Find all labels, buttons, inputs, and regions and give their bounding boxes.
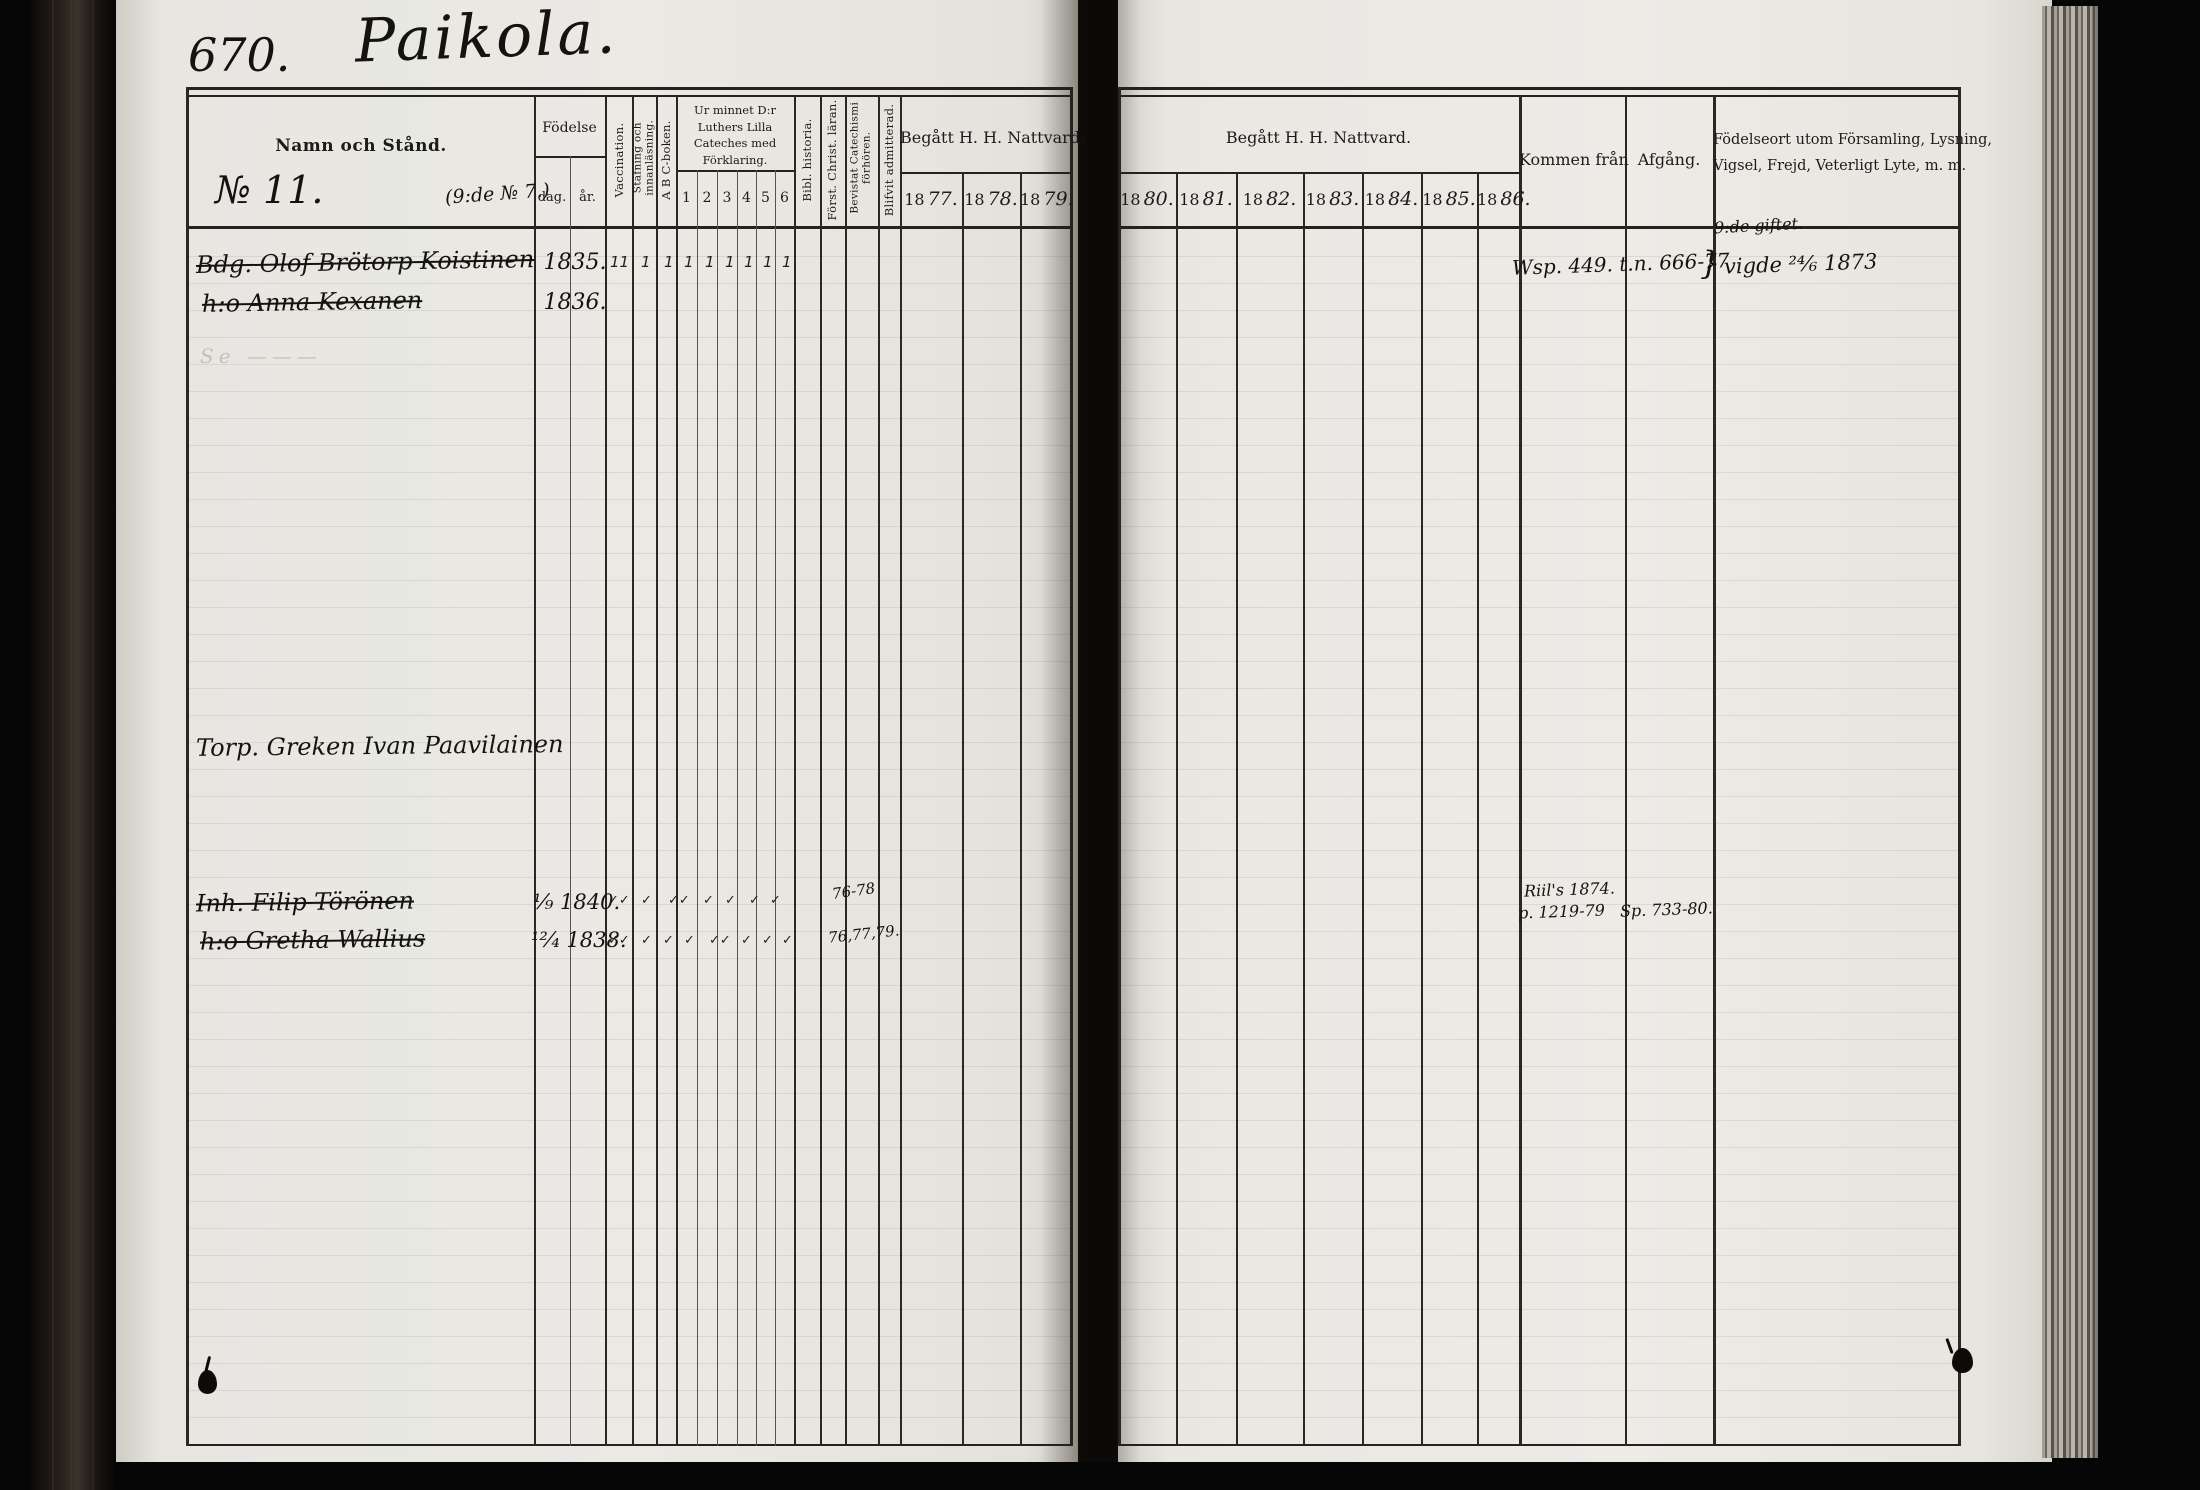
table-rule	[1118, 1444, 1961, 1446]
mark: ✓	[703, 893, 714, 908]
table-rule	[186, 1444, 1073, 1446]
mark: ✓✓	[608, 893, 630, 908]
table-rule	[1713, 95, 1716, 1446]
page-title-script: Paikola.	[354, 0, 619, 77]
mark: ✓	[663, 933, 674, 948]
table-rule	[1118, 87, 1961, 90]
column-header-name: Namn och Stånd.	[236, 136, 486, 156]
entry-name: h:o Gretha Wallius	[200, 924, 426, 955]
mark: ✓✓	[709, 933, 731, 948]
table-rule	[186, 87, 189, 1446]
table-rule	[1519, 95, 1522, 1446]
book-gutter-shadow	[1040, 0, 1140, 1462]
entry-faint-note: Se ———	[200, 344, 322, 368]
annotation-afgang-ref: Sp. 733-80.	[1620, 898, 1713, 920]
entry-birth-year: 1835.	[540, 250, 610, 275]
table-rule	[1020, 172, 1022, 1446]
mark: 1	[725, 253, 735, 271]
table-rule	[186, 226, 1073, 229]
mark: 1	[763, 253, 773, 271]
ruled-lines-left	[188, 230, 1070, 1444]
table-rule	[1303, 172, 1305, 1446]
column-header-forst-christ-laran: Först. Christ. läran.	[825, 95, 839, 225]
table-rule	[1118, 95, 1961, 97]
mark: ✓	[782, 933, 793, 948]
mark: 1	[684, 253, 694, 271]
table-rule	[962, 172, 964, 1446]
column-header-bevistat-catechismi: Bevistat Catechismi förhören.	[849, 93, 873, 223]
mark: 1	[782, 253, 792, 271]
table-rule	[534, 95, 536, 1446]
table-rule	[775, 170, 776, 1446]
entry-name: Inh. Filip Törönen	[196, 886, 414, 917]
mark: 1	[641, 253, 651, 271]
mark: ✓	[725, 893, 736, 908]
spine-streak	[92, 0, 94, 1490]
mark: 11	[610, 253, 629, 271]
spine-streak	[52, 0, 54, 1490]
year-1877: 1877.	[900, 188, 962, 210]
cateches-col-3: 3	[717, 190, 737, 206]
mark: ✓	[641, 933, 652, 948]
table-rule	[1421, 172, 1423, 1446]
ink-blob	[198, 1370, 217, 1394]
table-rule	[186, 95, 1073, 97]
table-rule	[656, 95, 658, 1446]
year-1883: 1883.	[1303, 188, 1362, 210]
cateches-col-4: 4	[737, 190, 756, 206]
table-rule	[717, 170, 718, 1446]
page-edges-stack	[2042, 6, 2098, 1458]
table-rule	[1362, 172, 1364, 1446]
cateches-col-1: 1	[676, 190, 697, 206]
table-rule	[900, 95, 902, 1446]
column-header-blifvit-admitterad: Blifvit admitterad.	[882, 95, 896, 225]
year-1881: 1881.	[1176, 188, 1236, 210]
table-rule	[737, 170, 738, 1446]
table-rule	[676, 170, 794, 172]
table-rule	[1958, 87, 1961, 1446]
table-rule	[878, 95, 880, 1446]
table-rule	[820, 95, 822, 1446]
year-1886: 1886.	[1477, 188, 1519, 210]
year-1882: 1882.	[1236, 188, 1303, 210]
ruled-lines-right	[1120, 230, 1958, 1444]
year-1885: 1885.	[1421, 188, 1477, 210]
table-rule	[632, 95, 634, 1446]
mark: ✓	[762, 933, 773, 948]
page-number: 670.	[188, 28, 290, 82]
column-header-afgang: Afgång.	[1625, 150, 1713, 169]
column-header-kommen-fran: Kommen från	[1519, 150, 1625, 169]
mark: 1	[744, 253, 754, 271]
table-rule	[570, 156, 571, 1446]
column-header-birthplace-line2: Vigsel, Frejd, Veterligt Lyte, m. m.	[1713, 158, 1958, 174]
mark: ✓	[641, 893, 652, 908]
column-header-stafning: Stafning och innanläsning.	[632, 93, 656, 223]
column-header-abc: A B C-boken.	[659, 95, 673, 225]
book-spread-scan: 670. Paikola. Namn och Stånd. Födel	[0, 0, 2200, 1490]
table-rule	[794, 95, 796, 1446]
table-rule	[1477, 172, 1479, 1446]
mark: 1	[705, 253, 715, 271]
annotation-kommen-line1: Riil's 1874.	[1524, 878, 1616, 900]
cateches-col-6: 6	[775, 190, 794, 206]
ink-blob	[1952, 1348, 1973, 1373]
entry-name: Bdg. Olof Brötorp Koistinen	[196, 245, 535, 279]
column-header-bibl-historia: Bibl. historia.	[800, 95, 814, 225]
spine-streak	[70, 0, 72, 1490]
table-rule	[845, 95, 847, 1446]
book-spine	[30, 0, 116, 1490]
mark: ✓	[749, 893, 760, 908]
table-rule	[697, 170, 698, 1446]
column-subheader-ar: år.	[570, 190, 605, 205]
table-rule	[186, 87, 1073, 90]
record-number: № 11.	[215, 168, 323, 212]
column-header-vaccination: Vaccination.	[612, 95, 626, 225]
page-edges-fade	[2092, 0, 2132, 1490]
cateches-col-5: 5	[756, 190, 775, 206]
group-header-nattvard-right: Begått H. H. Nattvard.	[1118, 128, 1519, 147]
table-rule	[1625, 95, 1627, 1446]
entry-birth-year: 1836.	[540, 290, 610, 315]
table-rule	[1176, 172, 1178, 1446]
year-1884: 1884.	[1362, 188, 1421, 210]
annotation-kommen-line2: p. 1219-79	[1518, 900, 1606, 922]
mark: ✓	[684, 933, 695, 948]
table-rule	[1118, 172, 1519, 174]
column-header-fodelse: Födelse	[534, 120, 605, 136]
entry-name: Torp. Greken Ivan Paavilainen	[196, 730, 564, 762]
table-rule	[756, 170, 757, 1446]
mark: ✓	[741, 933, 752, 948]
table-rule	[1118, 226, 1961, 229]
column-header-birthplace-line1: Födelseort utom Församling, Lysning,	[1713, 132, 1958, 148]
mark: 1	[664, 253, 674, 271]
column-group-cateches: Ur minnet D:r Luthers Lilla Cateches med…	[676, 102, 794, 169]
entry-name: h:o Anna Kexanen	[202, 286, 423, 318]
table-rule	[1236, 172, 1238, 1446]
mark: ✓	[770, 893, 781, 908]
table-rule	[676, 95, 678, 1446]
year-1878: 1878.	[962, 188, 1020, 210]
cateches-col-2: 2	[697, 190, 717, 206]
mark: ✓✓	[608, 933, 630, 948]
mark: ✓✓	[668, 893, 690, 908]
annotation-brace: }	[1700, 244, 1720, 282]
